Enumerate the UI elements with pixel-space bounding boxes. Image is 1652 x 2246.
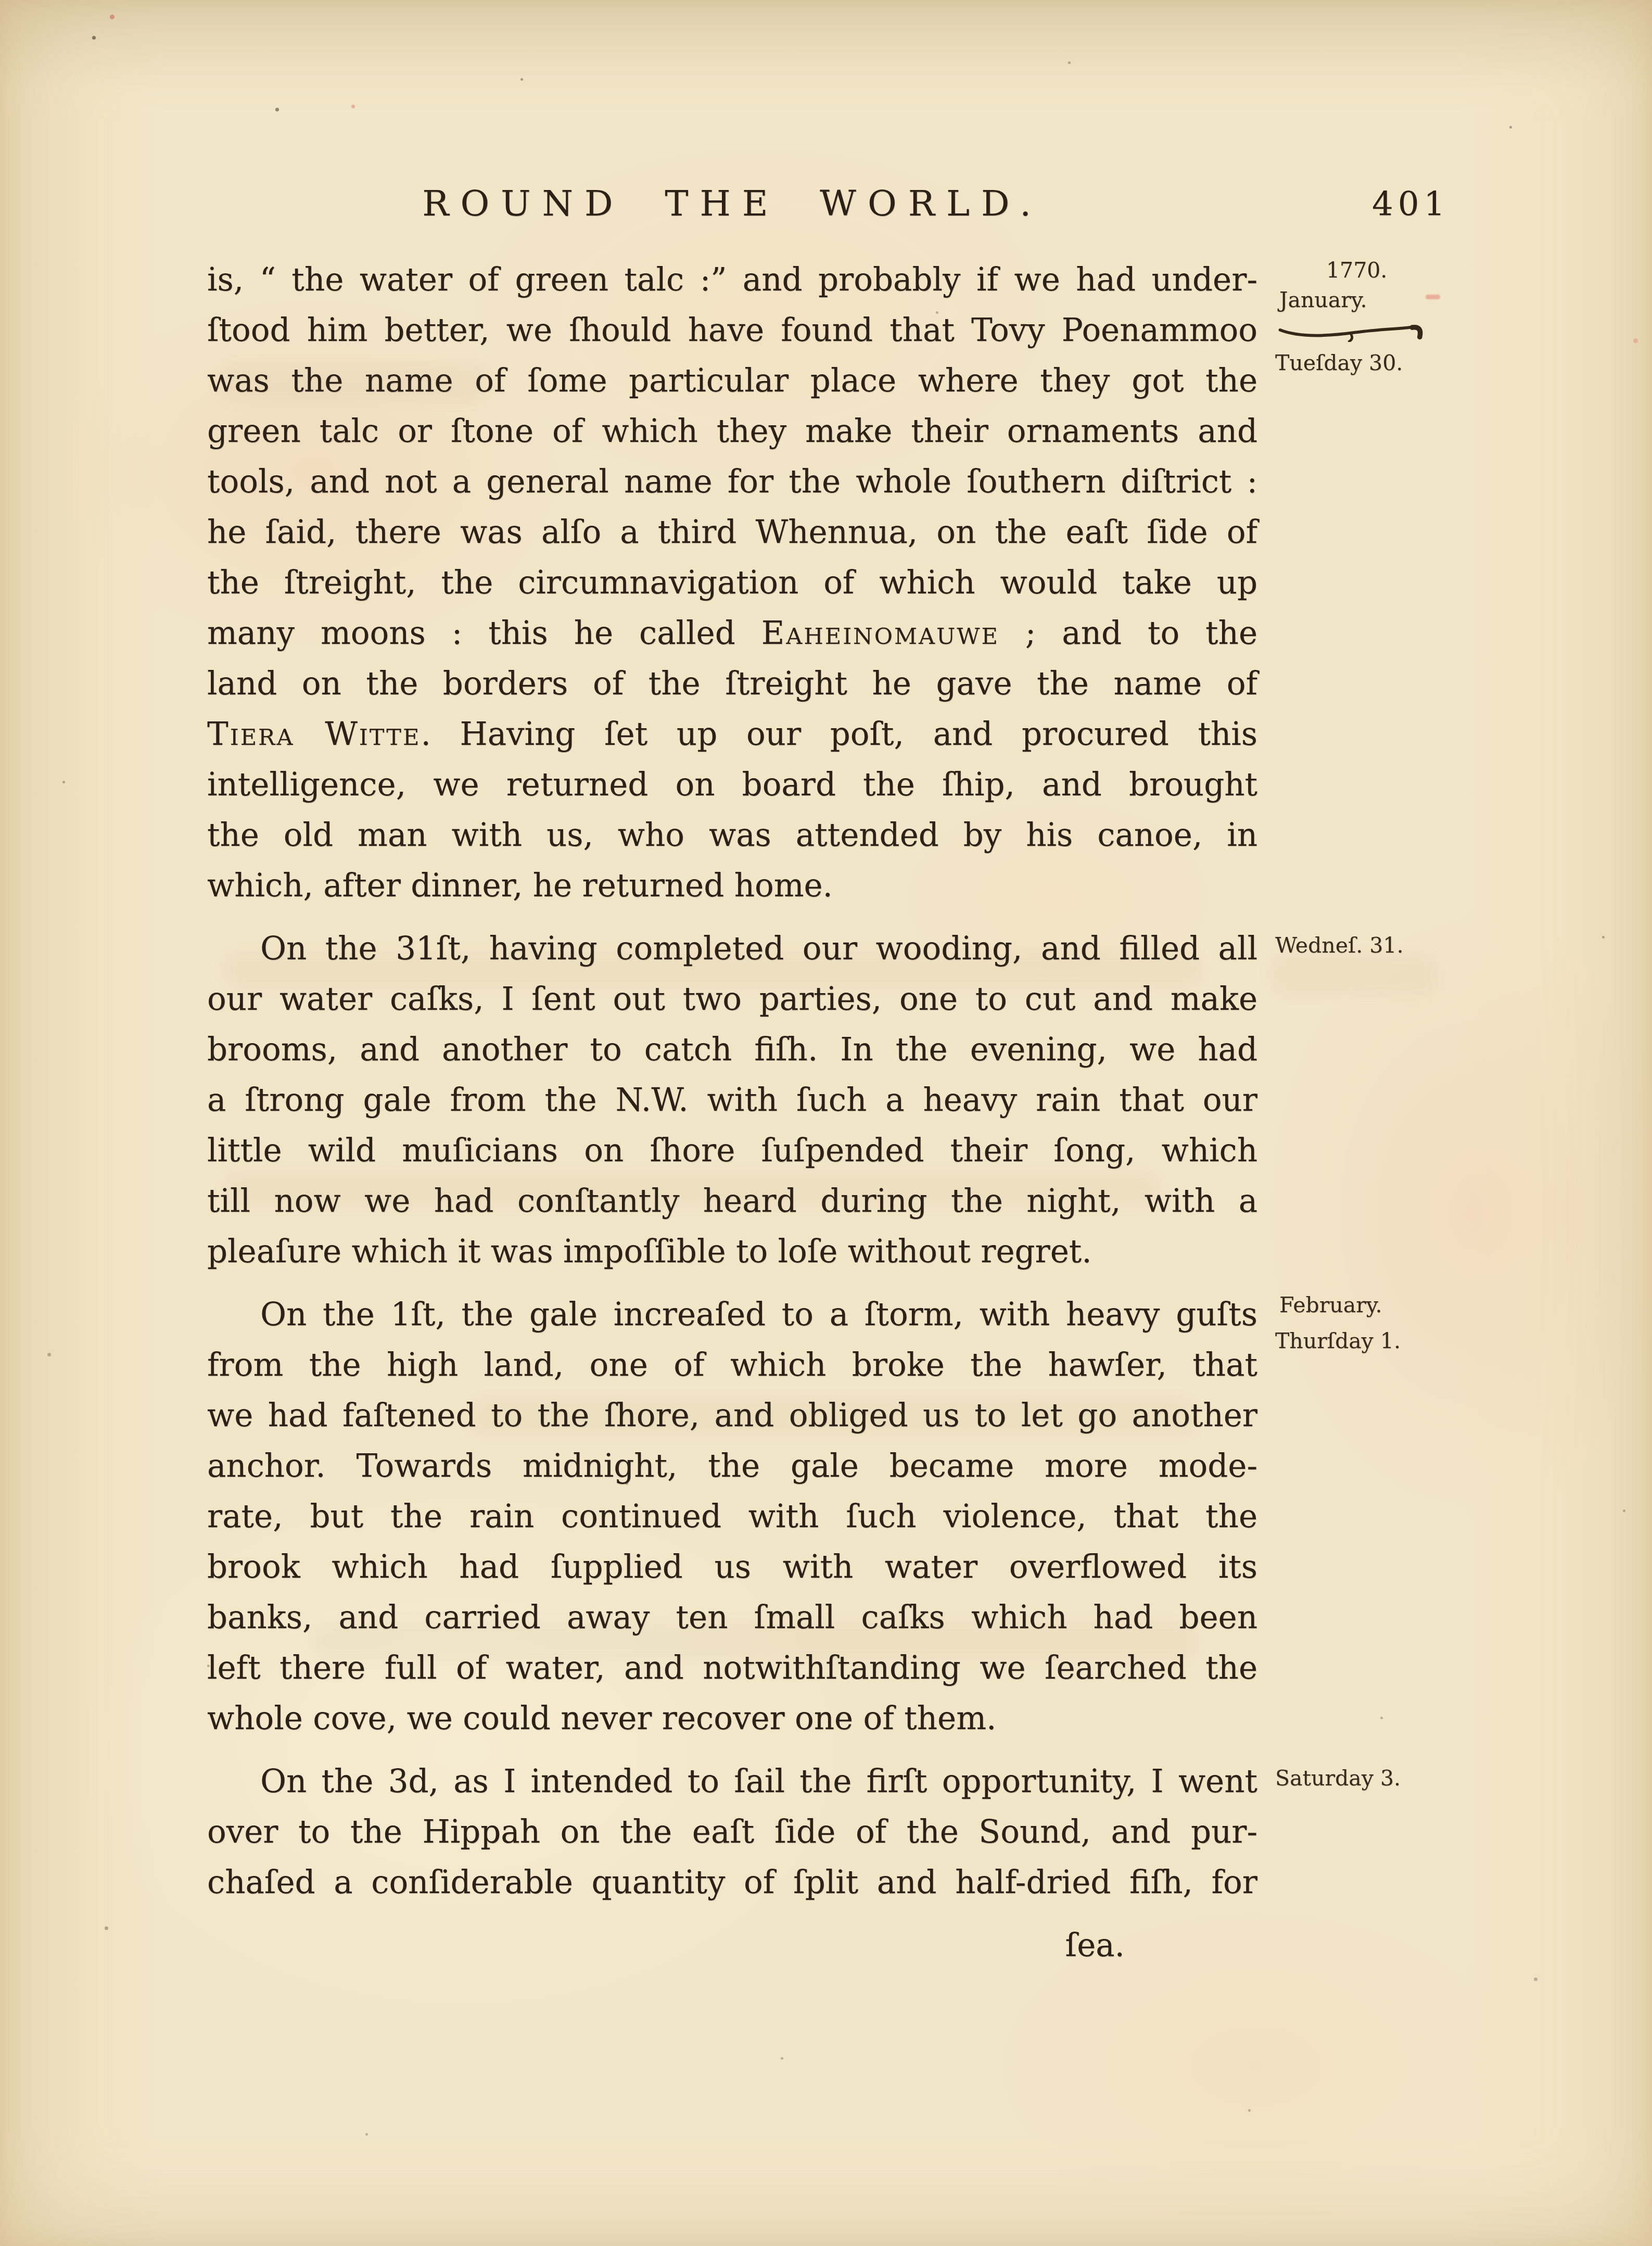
text-line: anchor. Towards midnight, the gale becam… — [207, 1441, 1257, 1491]
margin-note-month: February. — [1275, 1290, 1520, 1320]
margin-note-day: Saturday 3. — [1275, 1763, 1520, 1793]
text-line: Tiera Witte. Having ſet up our poſt, and… — [207, 709, 1257, 759]
text-line: brook which had ſupplied us with water o… — [207, 1542, 1257, 1592]
text-line: chaſed a conſiderable quantity of ſplit … — [207, 1857, 1257, 1908]
text-segment: the ſtreight, the circumnavigation of wh… — [207, 564, 1257, 601]
text-line: is, “ the water of green talc :” and pro… — [207, 255, 1257, 305]
text-line: brooms, and another to catch fiſh. In th… — [207, 1024, 1257, 1075]
text-segment: he ſaid, there was alſo a third Whennua,… — [207, 514, 1257, 551]
text-segment: brooms, and another to catch fiſh. In th… — [207, 1031, 1257, 1068]
margin-note-day: Thurſday 1. — [1275, 1326, 1520, 1356]
text-segment: which, after dinner, he returned home. — [207, 867, 833, 904]
text-segment: banks, and carried away ten ſmall caſks … — [207, 1599, 1257, 1636]
text-segment: the old man with us, who was attended by… — [207, 817, 1257, 854]
small-caps-text: Eaheinomauwe — [761, 615, 999, 652]
text-line: On the 3d, as I intended to ſail the fir… — [207, 1756, 1257, 1807]
text-segment: chaſed a conſiderable quantity of ſplit … — [207, 1864, 1257, 1901]
text-segment: is, “ the water of green talc :” and pro… — [207, 261, 1257, 298]
text-line: whole cove, we could never recover one o… — [207, 1693, 1257, 1744]
text-content-area: ROUND THE WORLD. 401 is, “ the water of … — [207, 183, 1257, 1971]
text-segment: a ſtrong gale from the N.W. with ſuch a … — [207, 1082, 1257, 1119]
text-line: little wild muſicians on ſhore ſuſpended… — [207, 1125, 1257, 1176]
text-segment: pleaſure which it was impoſſible to loſe… — [207, 1233, 1092, 1270]
brace-icon — [1275, 316, 1427, 342]
text-segment: green talc or ſtone of which they make t… — [207, 413, 1257, 450]
text-line: tools, and not a general name for the wh… — [207, 456, 1257, 507]
small-caps-text: Tiera Witte — [207, 716, 421, 753]
text-line: green talc or ſtone of which they make t… — [207, 406, 1257, 456]
text-segment: over to the Hippah on the eaſt ſide of t… — [207, 1813, 1257, 1850]
text-segment: our water caſks, I ſent out two parties,… — [207, 981, 1257, 1018]
text-line: he ſaid, there was alſo a third Whennua,… — [207, 507, 1257, 557]
paragraph: On the 3d, as I intended to ſail the fir… — [207, 1756, 1257, 1908]
margin-note: 1770.January.Tueſday 30. — [1275, 256, 1520, 378]
text-line: a ſtrong gale from the N.W. with ſuch a … — [207, 1075, 1257, 1125]
page-number: 401 — [1372, 185, 1450, 224]
text-line: rate, but the rain continued with ſuch v… — [207, 1491, 1257, 1542]
text-segment: we had faſtened to the ſhore, and oblige… — [207, 1397, 1257, 1434]
text-block: is, “ the water of green talc :” and pro… — [207, 255, 1257, 1908]
text-line: the old man with us, who was attended by… — [207, 810, 1257, 860]
text-line: On the 1ſt, the gale increaſed to a ſtor… — [207, 1289, 1257, 1340]
text-line: we had faſtened to the ſhore, and oblige… — [207, 1390, 1257, 1441]
text-segment: rate, but the rain continued with ſuch v… — [207, 1498, 1257, 1535]
book-page-scan: ROUND THE WORLD. 401 is, “ the water of … — [0, 0, 1652, 2246]
text-segment: land on the borders of the ſtreight he g… — [207, 665, 1257, 702]
text-segment: from the high land, one of which broke t… — [207, 1347, 1257, 1384]
text-line: till now we had conſtantly heard during … — [207, 1176, 1257, 1226]
paper-specks — [0, 0, 3, 3]
text-line: pleaſure which it was impoſſible to loſe… — [207, 1226, 1257, 1277]
margin-note-day: Tueſday 30. — [1275, 348, 1520, 378]
text-segment: ſtood him better, we ſhould have found t… — [207, 312, 1257, 349]
margin-note: February.Thurſday 1. — [1275, 1290, 1520, 1356]
text-segment: brook which had ſupplied us with water o… — [207, 1549, 1257, 1585]
text-line: many moons : this he called Eaheinomauwe… — [207, 608, 1257, 658]
text-line: On the 31ſt, having completed our woodin… — [207, 923, 1257, 974]
text-line: ſtood him better, we ſhould have found t… — [207, 305, 1257, 356]
text-line: was the name of ſome particular place wh… — [207, 356, 1257, 406]
text-segment: left there full of water, and notwithſta… — [207, 1649, 1257, 1686]
margin-note-day: Wedneſ. 31. — [1275, 931, 1520, 960]
text-segment: was the name of ſome particular place wh… — [207, 362, 1257, 399]
text-line: the ſtreight, the circumnavigation of wh… — [207, 557, 1257, 608]
margin-note-year: 1770. — [1275, 256, 1520, 285]
text-line: intelligence, we returned on board the ſ… — [207, 759, 1257, 810]
margin-note: Wedneſ. 31. — [1275, 924, 1520, 960]
paragraph: is, “ the water of green talc :” and pro… — [207, 255, 1257, 911]
text-segment: anchor. Towards midnight, the gale becam… — [207, 1448, 1257, 1484]
text-line: which, after dinner, he returned home. — [207, 860, 1257, 911]
paragraph: On the 1ſt, the gale increaſed to a ſtor… — [207, 1289, 1257, 1744]
text-segment: till now we had conſtantly heard during … — [207, 1183, 1257, 1220]
text-segment: little wild muſicians on ſhore ſuſpended… — [207, 1132, 1257, 1169]
catchword: ſea. — [207, 1920, 1257, 1971]
margin-note: Saturday 3. — [1275, 1757, 1520, 1793]
text-line: banks, and carried away ten ſmall caſks … — [207, 1592, 1257, 1643]
margin-note-month: January. — [1275, 285, 1520, 315]
text-segment: many moons : this he called — [207, 615, 761, 652]
text-line: over to the Hippah on the eaſt ſide of t… — [207, 1807, 1257, 1857]
running-head: ROUND THE WORLD. — [207, 183, 1257, 224]
text-segment: tools, and not a general name for the wh… — [207, 463, 1257, 500]
text-segment: On the 1ſt, the gale increaſed to a ſtor… — [260, 1296, 1257, 1333]
text-line: land on the borders of the ſtreight he g… — [207, 658, 1257, 709]
text-segment: ; and to the — [999, 615, 1257, 652]
text-segment: . Having ſet up our poſt, and procured t… — [421, 716, 1257, 753]
text-line: our water caſks, I ſent out two parties,… — [207, 974, 1257, 1024]
paragraph: On the 31ſt, having completed our woodin… — [207, 923, 1257, 1277]
text-line: left there full of water, and notwithſta… — [207, 1643, 1257, 1693]
text-line: from the high land, one of which broke t… — [207, 1340, 1257, 1390]
text-segment: On the 3d, as I intended to ſail the fir… — [260, 1763, 1257, 1800]
text-segment: intelligence, we returned on board the ſ… — [207, 766, 1257, 803]
text-segment: On the 31ſt, having completed our woodin… — [260, 930, 1257, 967]
text-segment: whole cove, we could never recover one o… — [207, 1700, 996, 1737]
